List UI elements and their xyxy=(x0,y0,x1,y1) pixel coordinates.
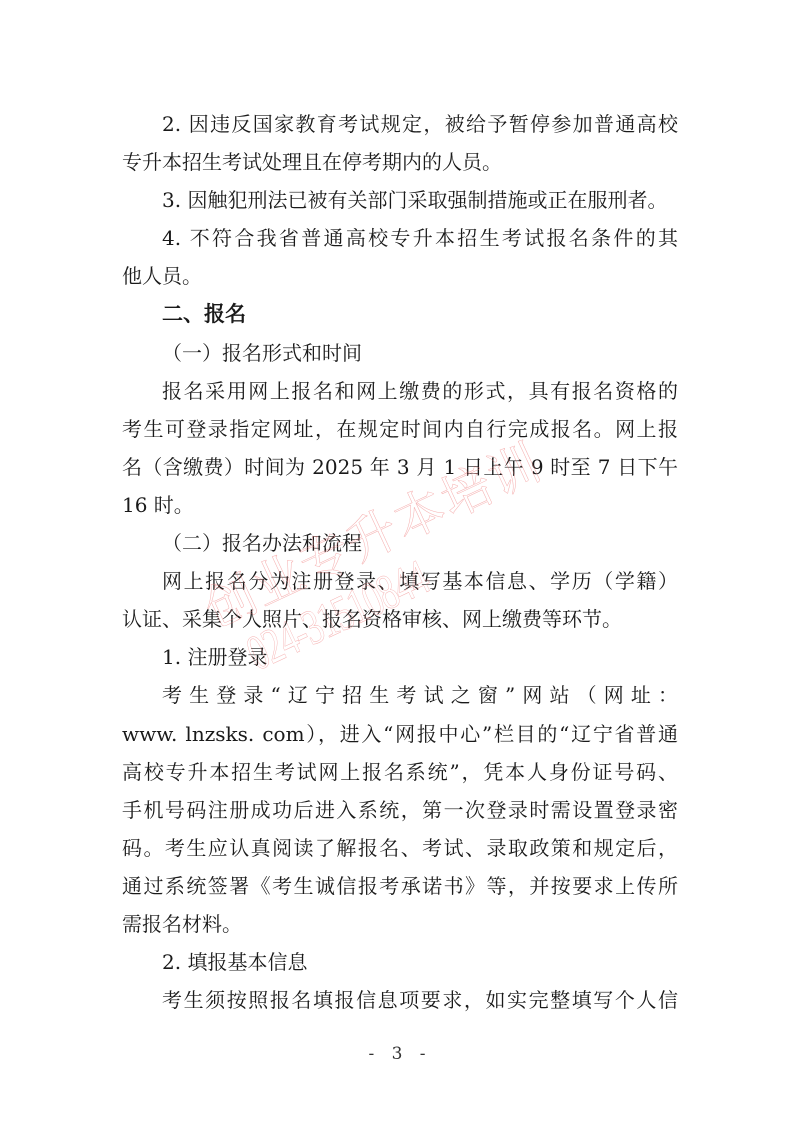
paragraph-line: 报名采用网上报名和网上缴费的形式，具有报名资格的 xyxy=(122,372,678,410)
paragraph-line: 认证、采集个人照片、报名资格审核、网上缴费等环节。 xyxy=(122,600,678,638)
list-item-2: 2. 因违反国家教育考试规定，被给予暂停参加普通高校 xyxy=(122,105,678,143)
paragraph-line: 16 时。 xyxy=(122,486,678,524)
paragraph-line: 通过系统签署《考生诚信报考承诺书》等，并按要求上传所 xyxy=(122,867,678,905)
section-heading-registration: 二、报名 xyxy=(122,295,678,333)
subsection-heading-method-and-process: （二）报名办法和流程 xyxy=(122,524,678,562)
paragraph-line: 考生须按照报名填报信息项要求，如实完整填写个人信 xyxy=(122,981,678,1019)
subsection-heading-form-and-time: （一）报名形式和时间 xyxy=(122,334,678,372)
paragraph-line: 考生登录“辽宁招生考试之窗”网站（网址： xyxy=(122,676,678,714)
step-heading-register-login: 1. 注册登录 xyxy=(122,638,678,676)
paragraph-line: 考生可登录指定网址，在规定时间内自行完成报名。网上报 xyxy=(122,410,678,448)
document-body: 2. 因违反国家教育考试规定，被给予暂停参加普通高校 专升本招生考试处理且在停考… xyxy=(122,105,678,1019)
list-item-3: 3. 因触犯刑法已被有关部门采取强制措施或正在服刑者。 xyxy=(122,181,678,219)
page-number: - 3 - xyxy=(0,1044,800,1064)
step-heading-fill-basic-info: 2. 填报基本信息 xyxy=(122,943,678,981)
paragraph-line: 手机号码注册成功后进入系统，第一次登录时需设置登录密 xyxy=(122,791,678,829)
paragraph-line: 码。考生应认真阅读了解报名、考试、录取政策和规定后， xyxy=(122,829,678,867)
list-item-4-continued: 他人员。 xyxy=(122,257,678,295)
list-item-4: 4. 不符合我省普通高校专升本招生考试报名条件的其 xyxy=(122,219,678,257)
paragraph-line: 名（含缴费）时间为 2025 年 3 月 1 日上午 9 时至 7 日下午 xyxy=(122,448,678,486)
paragraph-line: 高校专升本招生考试网上报名系统”，凭本人身份证号码、 xyxy=(122,753,678,791)
paragraph-line: 网上报名分为注册登录、填写基本信息、学历（学籍） xyxy=(122,562,678,600)
paragraph-line-url: www. lnzsks. com），进入“网报中心”栏目的“辽宁省普通 xyxy=(122,715,678,753)
list-item-2-continued: 专升本招生考试处理且在停考期内的人员。 xyxy=(122,143,678,181)
paragraph-line: 需报名材料。 xyxy=(122,905,678,943)
document-page: 2. 因违反国家教育考试规定，被给予暂停参加普通高校 专升本招生考试处理且在停考… xyxy=(0,0,800,1131)
